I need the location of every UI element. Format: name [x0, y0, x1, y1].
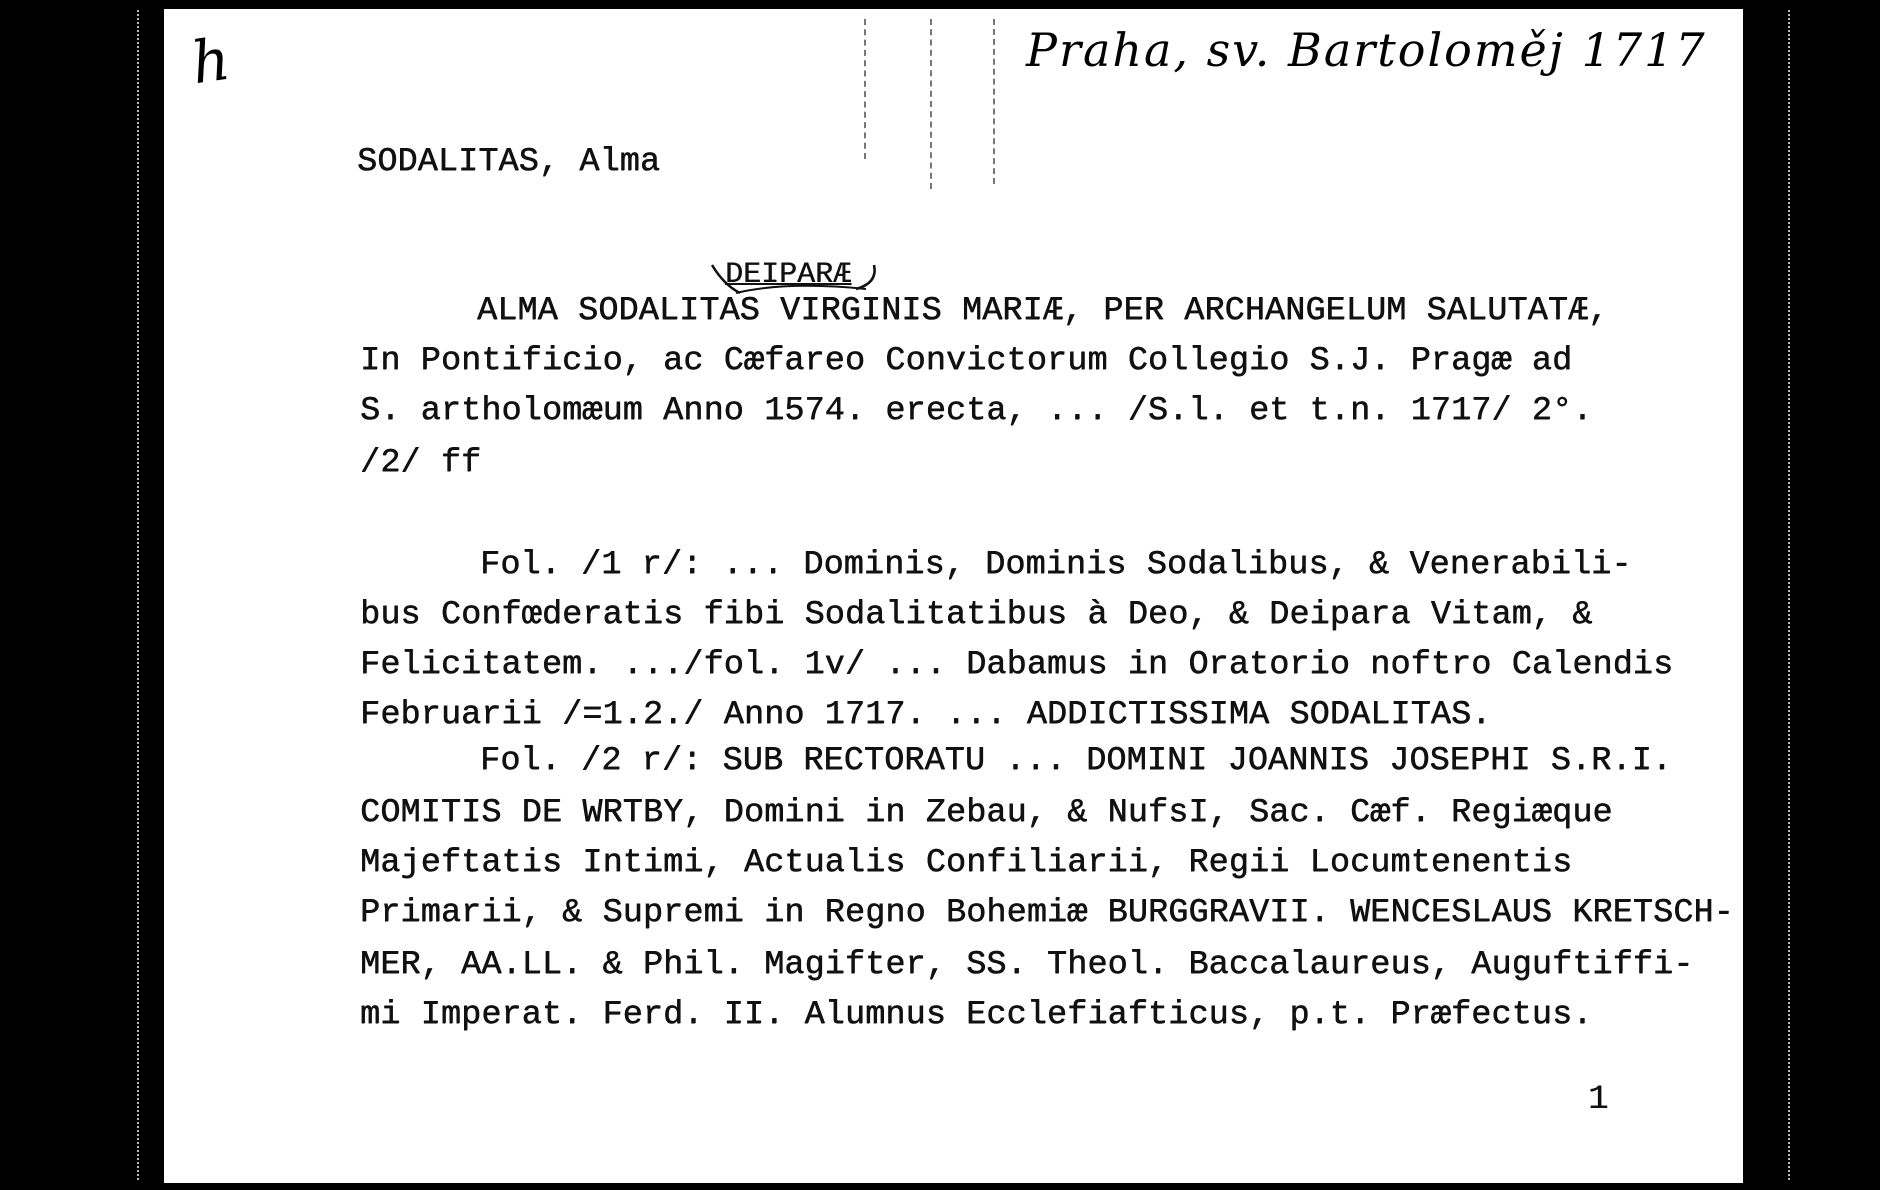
folio-line: bus Confœderatis fibi Sodalitatibus à De… [360, 595, 1592, 635]
scan-border-right [1788, 10, 1790, 1180]
folio-line: Majeftatis Intimi, Actualis Confiliarii,… [360, 843, 1572, 883]
catalog-card: h Praha, sv. Bartoloměj 1717 SODALITAS, … [164, 9, 1743, 1183]
folio-line: Primarii, & Supremi in Regno Bohemiæ BUR… [360, 893, 1734, 933]
corner-mark: h [187, 25, 233, 98]
folio-line: COMITIS DE WRTBY, Domini in Zebau, & Nuf… [360, 793, 1613, 833]
title-line: In Pontificio, ac Cæfareo Convictorum Co… [360, 341, 1572, 381]
fold-mark [864, 19, 866, 159]
title-line: /2/ ff [360, 443, 481, 483]
folio-line: mi Imperat. Ferd. II. Alumnus Ecclefiaft… [360, 995, 1592, 1035]
folio-line: Felicitatem. .../fol. 1v/ ... Dabamus in… [360, 645, 1673, 685]
folio-line: Fol. /2 r/: SUB RECTORATU ... DOMINI JOA… [480, 741, 1672, 781]
page-number: 1 [1588, 1081, 1608, 1119]
fold-mark [930, 19, 932, 189]
scan-border-left [137, 10, 139, 1180]
title-line: ALMA SODALITAS VIRGINIS MARIÆ, PER ARCHA… [477, 291, 1608, 331]
folio-line: Fol. /1 r/: ... Dominis, Dominis Sodalib… [480, 545, 1632, 585]
folio-line: Februarii /=1.2./ Anno 1717. ... ADDICTI… [360, 695, 1491, 735]
card-heading: SODALITAS, Alma [357, 142, 660, 182]
title-line: S. artholomæum Anno 1574. erecta, ... /S… [360, 391, 1592, 431]
folio-line: MER, AA.LL. & Phil. Magifter, SS. Theol.… [360, 945, 1693, 985]
handwritten-note: Praha, sv. Bartoloměj 1717 [1026, 23, 1707, 77]
insertion-text: DEIPARÆ [725, 259, 851, 291]
fold-mark [993, 19, 995, 184]
